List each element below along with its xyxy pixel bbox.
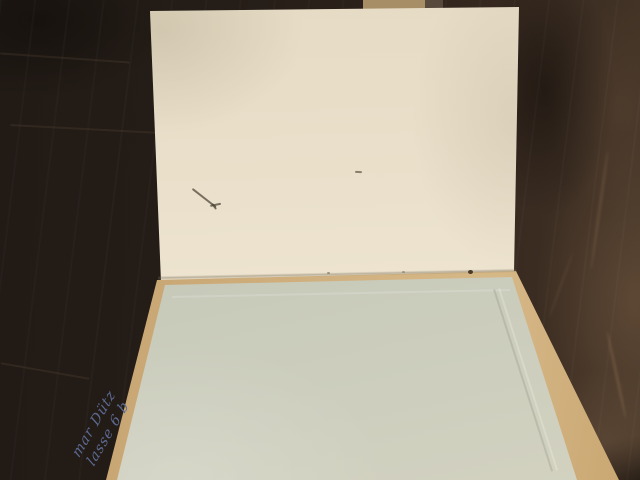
photo-open-book-scene: mar Dütz lasse 6 b bbox=[0, 0, 640, 480]
fold-speck bbox=[327, 272, 330, 274]
cover-smudge bbox=[355, 171, 362, 173]
fold-speck-large bbox=[468, 270, 473, 274]
background-object-strip-dark bbox=[425, 0, 443, 9]
fold-speck bbox=[402, 271, 405, 273]
